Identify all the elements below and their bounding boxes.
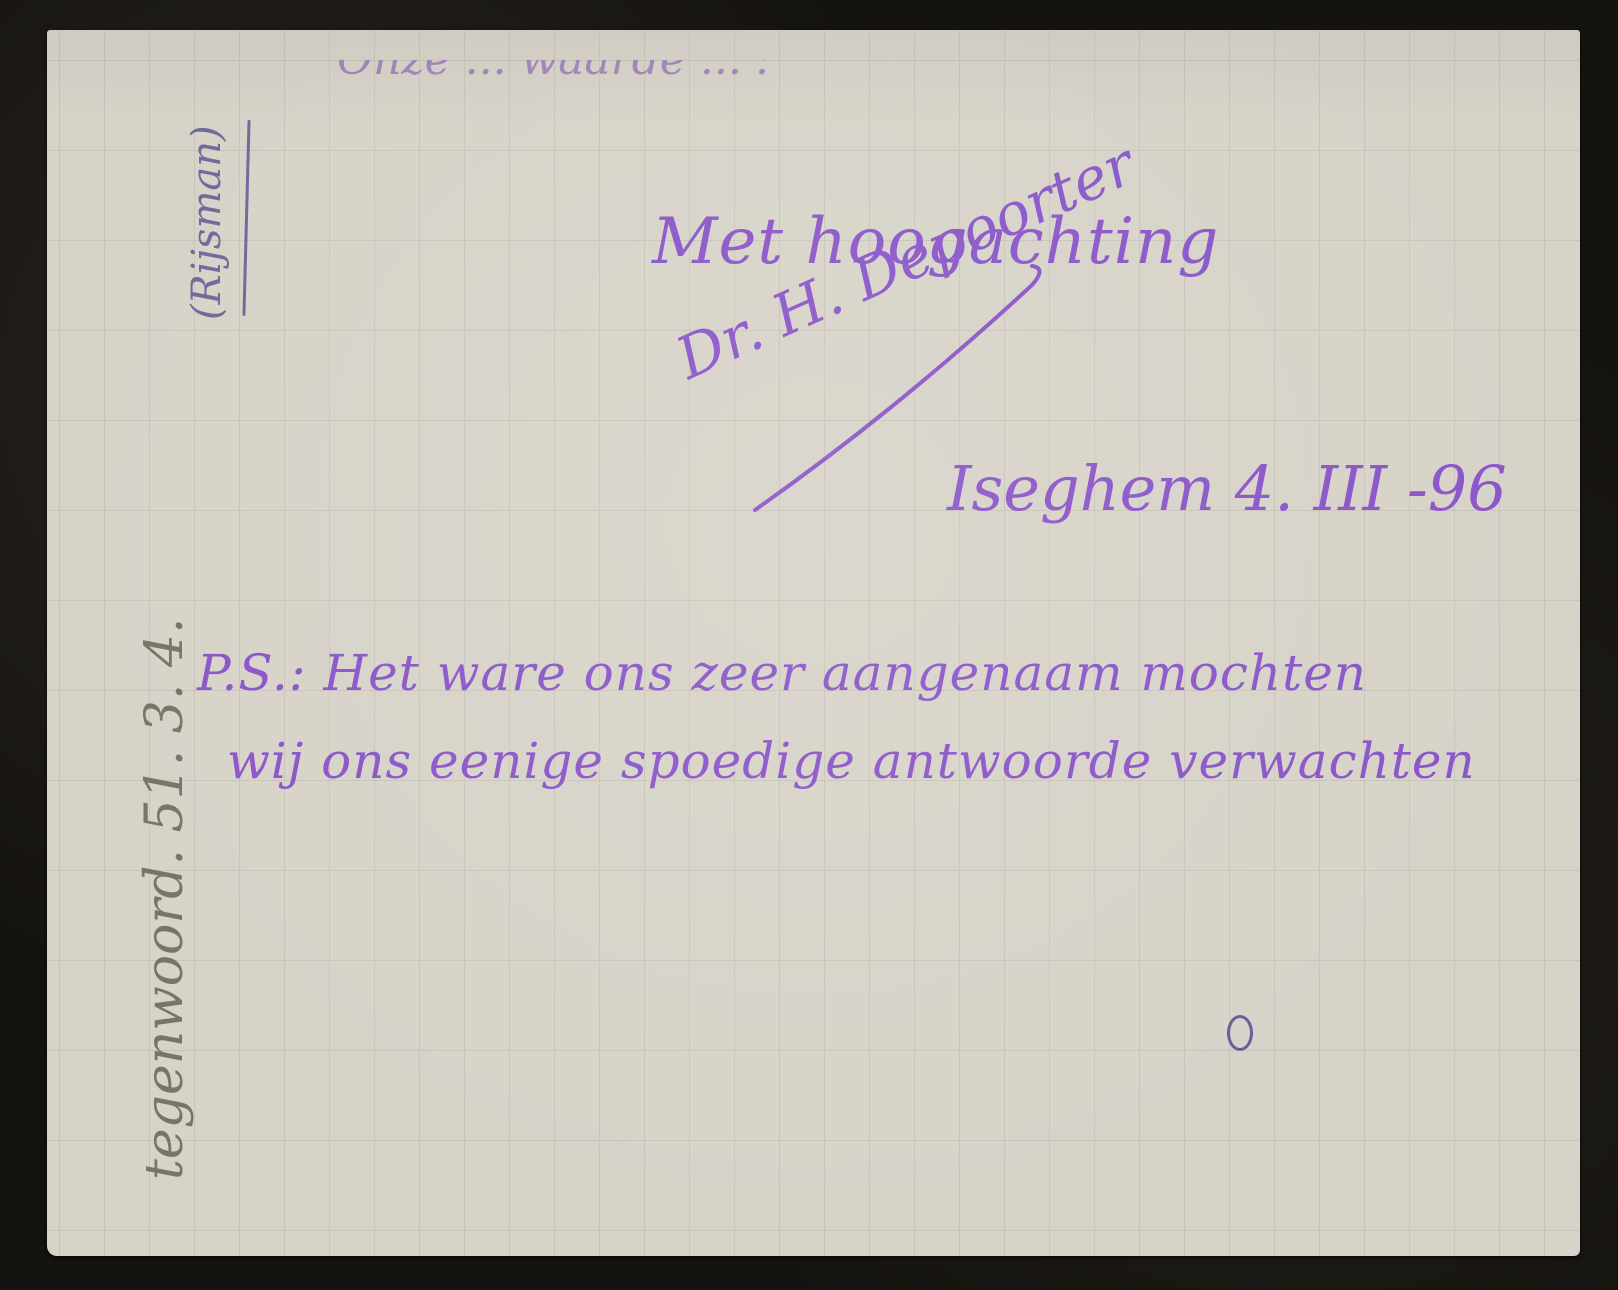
letter-sheet: Onze ... waarde ... : Met hoogachting Dr…: [47, 30, 1580, 1256]
postscript-line-2: wij ons eenige spoedige antwoorde verwac…: [227, 736, 1476, 786]
margin-name-note: (Rijsman): [187, 125, 227, 320]
place-and-date: Iseghem 4. III -96: [947, 458, 1507, 520]
postscript-line-1: P.S.: Het ware ons zeer aangenaam mochte…: [197, 648, 1367, 698]
circle-mark-icon: [1227, 1015, 1253, 1051]
margin-pencil-note: tegenwoord. 51. 3. 4.: [139, 617, 191, 1180]
signature-flourish-icon: [47, 30, 1580, 1256]
